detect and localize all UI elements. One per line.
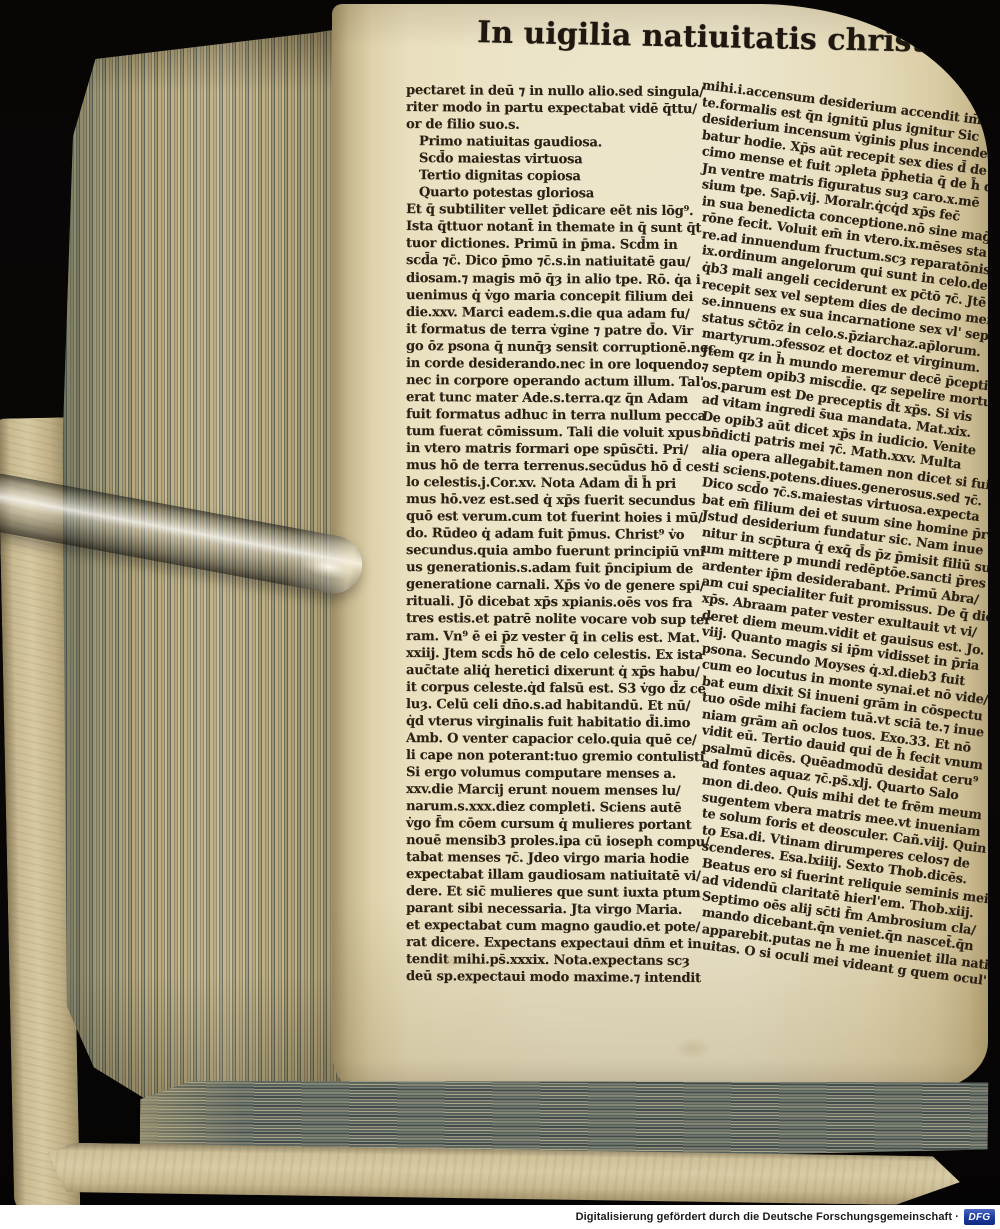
text-line: Si ergo volumus computare menses a. bbox=[406, 764, 724, 783]
funding-caption: Digitalisierung gefördert durch die Deut… bbox=[576, 1211, 959, 1223]
text-column-left: pectaret in deū ⁊ in nullo alio.sed sing… bbox=[406, 82, 724, 985]
text-line: auc̄tate aliq̇ heretici dixerunt q̇ xp̄s… bbox=[406, 662, 724, 681]
text-line: q̇d vterus virginalis fuit habitatio d̄i… bbox=[406, 713, 724, 732]
text-line: nec in corpore operando actum illum. Tal… bbox=[406, 372, 724, 391]
text-line: tres estis.et patrē nolite vocare vob su… bbox=[406, 610, 724, 629]
text-line: scd̄a ⁊c̄. Dico p̄mo ⁊c̄.s.in natiuitatē… bbox=[406, 252, 724, 271]
text-line: luȝ. Celū celi dn̄o.s.ad habitandū. Et n… bbox=[406, 696, 724, 715]
dfg-logo: DFG bbox=[964, 1209, 995, 1225]
text-line: die.xxv. Marci eadem.s.die qua adam fu/ bbox=[406, 304, 724, 323]
text-line: erat tunc mater Ade.s.terra.qz q̄n Adam bbox=[406, 389, 724, 408]
text-line: fuit formatus adhuc in terra nullum pecc… bbox=[406, 406, 724, 425]
text-line: ram. Vn⁹ ē ei p̄z vester q̄ in celis est… bbox=[406, 628, 724, 647]
text-line: it formatus de terra v̇gine ⁊ patre d̄o.… bbox=[406, 321, 724, 340]
text-line: diosam.⁊ magis mō q̄ȝ in alio tpe. Rō. q… bbox=[406, 270, 724, 289]
caption-bar: Digitalisierung gefördert durch die Deut… bbox=[0, 1205, 1000, 1229]
text-line: xxiij. Jtem scd̄s hō de celo celestis. E… bbox=[406, 645, 724, 664]
text-column-right: mihi.i.accensum desiderium accendit im̄ē… bbox=[702, 78, 988, 955]
text-line: deū sp.expectaui modo maxime.⁊ intendit bbox=[406, 968, 724, 987]
text-line: go ōz psona q̄ nunq̄ȝ sensit corruptionē… bbox=[406, 338, 724, 357]
text-line: Amb. O venter capacior celo.quia quē ce/ bbox=[406, 730, 724, 749]
digitized-book-photo: In uigilia natiuitatis christi pectaret … bbox=[0, 0, 1000, 1229]
open-page: In uigilia natiuitatis christi pectaret … bbox=[332, 4, 988, 1092]
text-line: li cape non poterant:tuo gremio contulis… bbox=[406, 747, 724, 766]
text-line: in corde desiderando.nec in ore loquendo… bbox=[406, 355, 724, 374]
page-title: In uigilia natiuitatis christi bbox=[472, 15, 943, 60]
text-line: tum fuerat cōmissum. Tali die voluit xpu… bbox=[406, 423, 724, 442]
text-line: uenimus q̇ v̇go maria concepit filium de… bbox=[406, 287, 724, 306]
text-line: xxv.die Marcij erunt nouem menses lu/ bbox=[406, 781, 724, 800]
rod-tip-highlight bbox=[299, 551, 358, 583]
text-line: it corpus celeste.q̇d falsū est. S3 v̇go… bbox=[406, 679, 724, 698]
